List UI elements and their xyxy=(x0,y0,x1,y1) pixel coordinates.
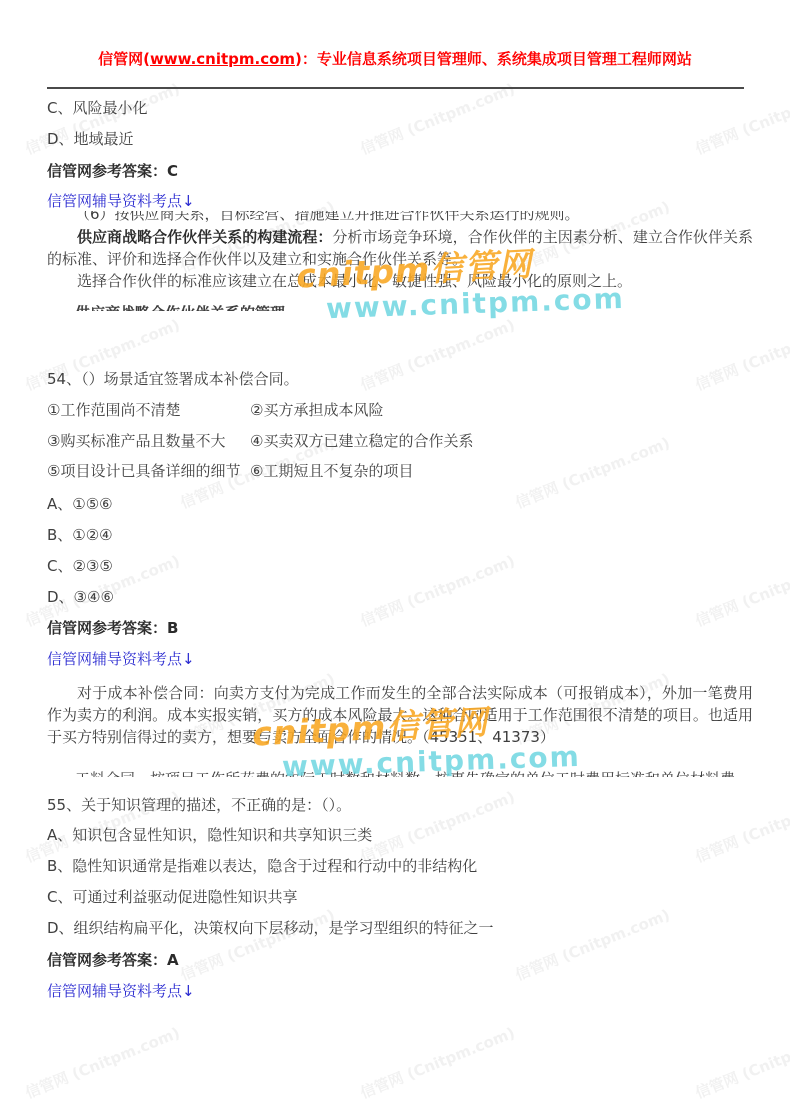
watermark-tile: 信管网 (Cnitpm.com) xyxy=(357,1022,518,1103)
header-divider xyxy=(47,87,744,89)
watermark-tile: 信管网 (Cnitpm.com) xyxy=(692,314,790,395)
q53-clipped-bold-line: 供应商战略合作伙伴关系的管理 xyxy=(47,302,753,311)
q53-clipped-line-top: （6）按供应商关系，目标经营、措施建立并推进合作伙伴关系运行的规则。 xyxy=(47,211,753,222)
watermark-tile: 信管网 (Cnitpm.com) xyxy=(177,904,338,985)
watermark-tile: 信管网 (Cnitpm.com) xyxy=(692,78,790,159)
q54-item-6: ⑥工期短且不复杂的项目 xyxy=(250,463,413,480)
q54-item-2: ②买方承担成本风险 xyxy=(250,402,383,419)
header-site-url-link[interactable]: www.cnitpm.com xyxy=(150,50,295,68)
q53-analysis-paragraph: 供应商战略合作伙伴关系的构建流程：分析市场竞争环境，合作伙伴的主因素分析、建立合… xyxy=(47,226,753,270)
q55-option-a: A、知识包含显性知识，隐性知识和共享知识三类 xyxy=(47,827,372,844)
q55-stem: 55、关于知识管理的描述，不正确的是：（）。 xyxy=(47,797,351,814)
q54-kaodian-link[interactable]: 信管网辅导资料考点↓ xyxy=(47,651,195,668)
q54-item-3: ③购买标准产品且数量不大 xyxy=(47,433,225,450)
q53-option-c: C、风险最小化 xyxy=(47,100,147,117)
q54-answer-line: 信管网参考答案：B xyxy=(47,620,178,637)
q55-option-b: B、隐性知识通常是指难以表达，隐含于过程和行动中的非结构化 xyxy=(47,858,477,875)
watermark-tile: 信管网 (Cnitpm.com) xyxy=(357,786,518,867)
q53-analysis-lead: 供应商战略合作伙伴关系的构建流程： xyxy=(77,228,332,246)
page-header: 信管网(www.cnitpm.com)：专业信息系统项目管理师、系统集成项目管理… xyxy=(0,48,790,69)
q55-answer-line: 信管网参考答案：A xyxy=(47,952,179,969)
q54-option-d: D、③④⑥ xyxy=(47,589,114,606)
q54-clipped-line: 工料合同，按项目工作所花费的实际工时数和材料数，按事先确定的单位工时费用标准和单… xyxy=(47,768,753,777)
watermark-tile: 信管网 (Cnitpm.com) xyxy=(22,1022,183,1103)
watermark-tile: 信管网 (Cnitpm.com) xyxy=(357,314,518,395)
watermark-tile: 信管网 (Cnitpm.com) xyxy=(357,78,518,159)
watermark-tile: 信管网 (Cnitpm.com) xyxy=(512,904,673,985)
q53-kaodian-link[interactable]: 信管网辅导资料考点↓ xyxy=(47,193,195,210)
q54-stem: 54、（）场景适宜签署成本补偿合同。 xyxy=(47,371,299,388)
q55-kaodian-link[interactable]: 信管网辅导资料考点↓ xyxy=(47,983,195,1000)
q53-answer-line: 信管网参考答案：C xyxy=(47,163,178,180)
q54-option-b: B、①②④ xyxy=(47,527,113,544)
q55-option-d: D、组织结构扁平化，决策权向下层移动，是学习型组织的特征之一 xyxy=(47,920,494,937)
watermark-tile: 信管网 (Cnitpm.com) xyxy=(692,1022,790,1103)
watermark-tile: 信管网 (Cnitpm.com) xyxy=(357,550,518,631)
q54-analysis-paragraph: 对于成本补偿合同：向卖方支付为完成工作而发生的全部合法实际成本（可报销成本），外… xyxy=(47,682,753,748)
watermark-tile: 信管网 (Cnitpm.com) xyxy=(692,550,790,631)
q53-analysis-line2: 选择合作伙伴的标准应该建立在总成本最小化、敏捷性强、风险最小化的原则之上。 xyxy=(47,270,753,292)
q54-item-1: ①工作范围尚不清楚 xyxy=(47,402,180,419)
q54-option-c: C、②③⑤ xyxy=(47,558,113,575)
watermark-tile: 信管网 (Cnitpm.com) xyxy=(512,432,673,513)
q54-item-4: ④买卖双方已建立稳定的合作关系 xyxy=(250,433,473,450)
header-prefix: 信管网( xyxy=(98,50,150,68)
q55-option-c: C、可通过利益驱动促进隐性知识共享 xyxy=(47,889,297,906)
watermark-tile: 信管网 (Cnitpm.com) xyxy=(692,786,790,867)
q54-option-a: A、①⑤⑥ xyxy=(47,496,113,513)
q54-item-5: ⑤项目设计已具备详细的细节 xyxy=(47,463,240,480)
q53-option-d: D、地域最近 xyxy=(47,131,134,148)
header-suffix: )：专业信息系统项目管理师、系统集成项目管理工程师网站 xyxy=(295,50,692,68)
